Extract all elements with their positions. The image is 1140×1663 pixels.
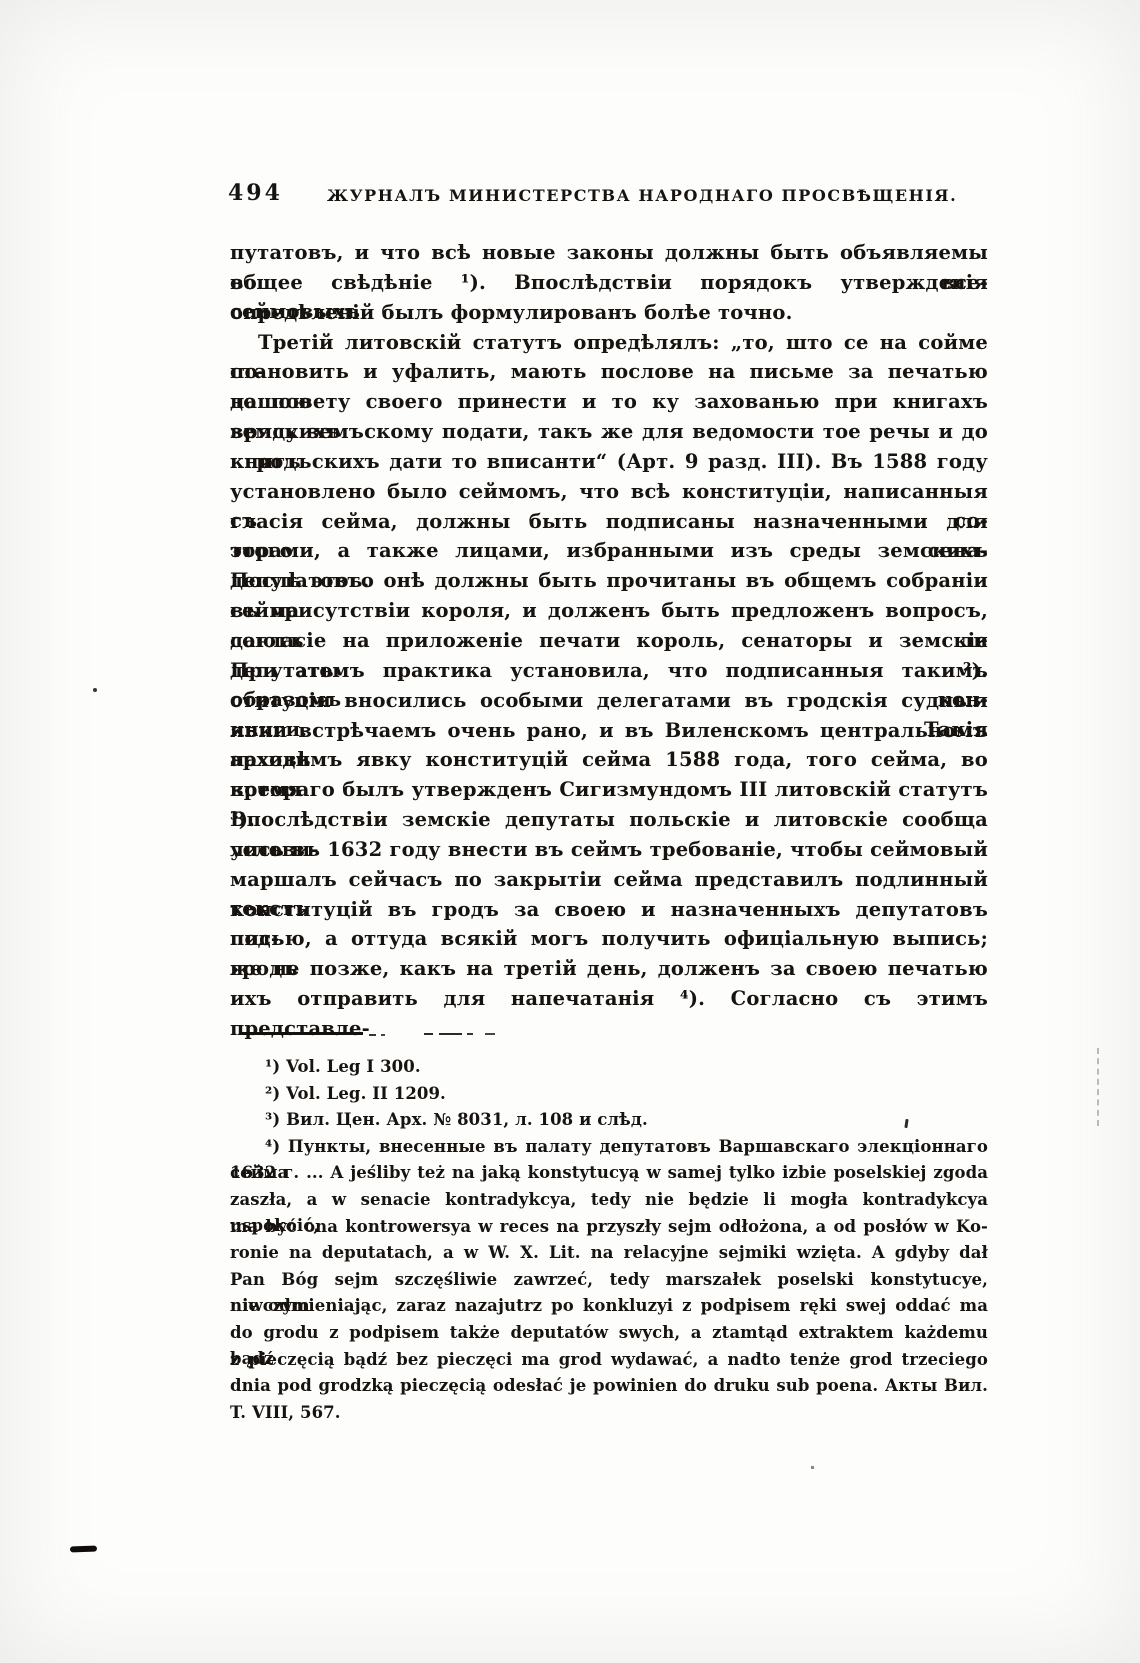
text-line: въ присутствіи короля, и долженъ быть пр… [230,596,988,626]
text-line: становить и уфалить, мають послове на пи… [230,357,988,387]
scanned-journal-page: 494 ЖУРНАЛЪ МИНИСТЕРСТВА НАРОДНАГО ПРОСВ… [0,0,1140,1663]
text-line: находимъ явку конституцій сейма 1588 год… [230,745,988,775]
scan-artifact-dash [70,1546,97,1553]
text-line: маршалъ сейчасъ по закрытіи сейма предст… [230,865,988,895]
footnote-separator-fragment [424,1033,433,1035]
scan-artifact-speck [811,1466,814,1469]
text-line: ихъ отправить для напечатанія ⁴). Соглас… [230,984,988,1014]
text-line: do grodu z podpisem także deputatów swyc… [230,1320,988,1347]
text-line: гласія сейма, должны быть подписаны назн… [230,507,988,537]
text-line: zaszła, a w senacie kontradykcya, tedy n… [230,1187,988,1214]
footnote-separator-fragment [381,1034,385,1036]
text-line: до повету своего принести и то ку захова… [230,387,988,417]
text-line: же не позже, какъ на третій день, должен… [230,954,988,984]
main-text-block: путатовъ, и что всѣ новые законы должны … [230,238,988,1014]
footnote-separator [240,1032,363,1035]
text-line: dnia pod grodzką pieczęcią odesłać je po… [230,1373,988,1400]
text-line: ституціи вносились особыми делегатами въ… [230,686,988,716]
scan-artifact-vertical-line [1097,1048,1099,1126]
text-line: вряду земъскому подати, такъ же для ведо… [230,417,988,447]
text-line: Третій литовскій статутъ опредѣлялъ: „то… [230,328,988,358]
footnote-separator-fragment [369,1034,376,1036]
text-line: ma być ona kontrowersya w reces na przys… [230,1214,988,1241]
scan-artifact-dot [93,688,97,692]
text-line: ronie na deputatach, a w W. X. Lit. na r… [230,1240,988,1267]
text-line: торами, а также лицами, избранными изъ с… [230,536,988,566]
text-line: писью, а оттуда всякій могъ получить офи… [230,924,988,954]
footnote-block: ¹) Vol. Leg I 300.²) Vol. Leg. II 1209.³… [230,1054,988,1426]
text-line: z pieczęcią bądź bez pieczęci ma grod wy… [230,1347,988,1374]
text-line: явки встрѣчаемъ очень рано, и въ Виленск… [230,716,988,746]
text-line: nie odmieniając, zaraz nazajutrz po konk… [230,1293,988,1320]
text-line: Впослѣдствіи земскіе депутаты польскіе и… [230,805,988,835]
text-line: конституцій въ гродъ за своею и назначен… [230,895,988,925]
text-line: согласіе на приложеніе печати король, се… [230,626,988,656]
footnote-separator-fragment [439,1033,462,1035]
text-line: опредѣленій былъ формулированъ болѣе точ… [230,298,988,328]
footnote-separator-fragment [485,1033,495,1035]
text-line: T. VIII, 567. [230,1400,988,1427]
text-line: котораго былъ утвержденъ Сигизмундомъ II… [230,775,988,805]
text-line: установлено было сеймомъ, что всѣ консти… [230,477,988,507]
text-line: ²) Vol. Leg. II 1209. [230,1081,988,1108]
text-line: лись въ 1632 году внести въ сеймъ требов… [230,835,988,865]
text-line: путатовъ, и что всѣ новые законы должны … [230,238,988,268]
text-line: При этомъ практика установила, что подпи… [230,656,988,686]
text-line: ⁴) Пункты, внесенные въ палату депутатов… [230,1134,988,1161]
text-line: ³) Вил. Цен. Арх. № 8031, л. 108 и слѣд. [230,1107,988,1134]
text-line: Pan Bóg sejm szczęśliwie zawrzeć, tedy m… [230,1267,988,1294]
text-line: кгродъскихъ дати то вписанти“ (Арт. 9 ра… [230,447,988,477]
text-line: общее свѣдѣніе ¹). Впослѣдствіи порядокъ… [230,268,988,298]
text-line: 1632 г. ... A jeśliby też na jaką konsty… [230,1160,988,1187]
footnote-separator-fragment [467,1033,473,1035]
page-number: 494 [228,180,283,206]
running-header: ЖУРНАЛЪ МИНИСТЕРСТВА НАРОДНАГО ПРОСВѢЩЕН… [327,186,957,205]
text-line: Послѣ этого онѣ должны быть прочитаны въ… [230,566,988,596]
text-line: ¹) Vol. Leg I 300. [230,1054,988,1081]
